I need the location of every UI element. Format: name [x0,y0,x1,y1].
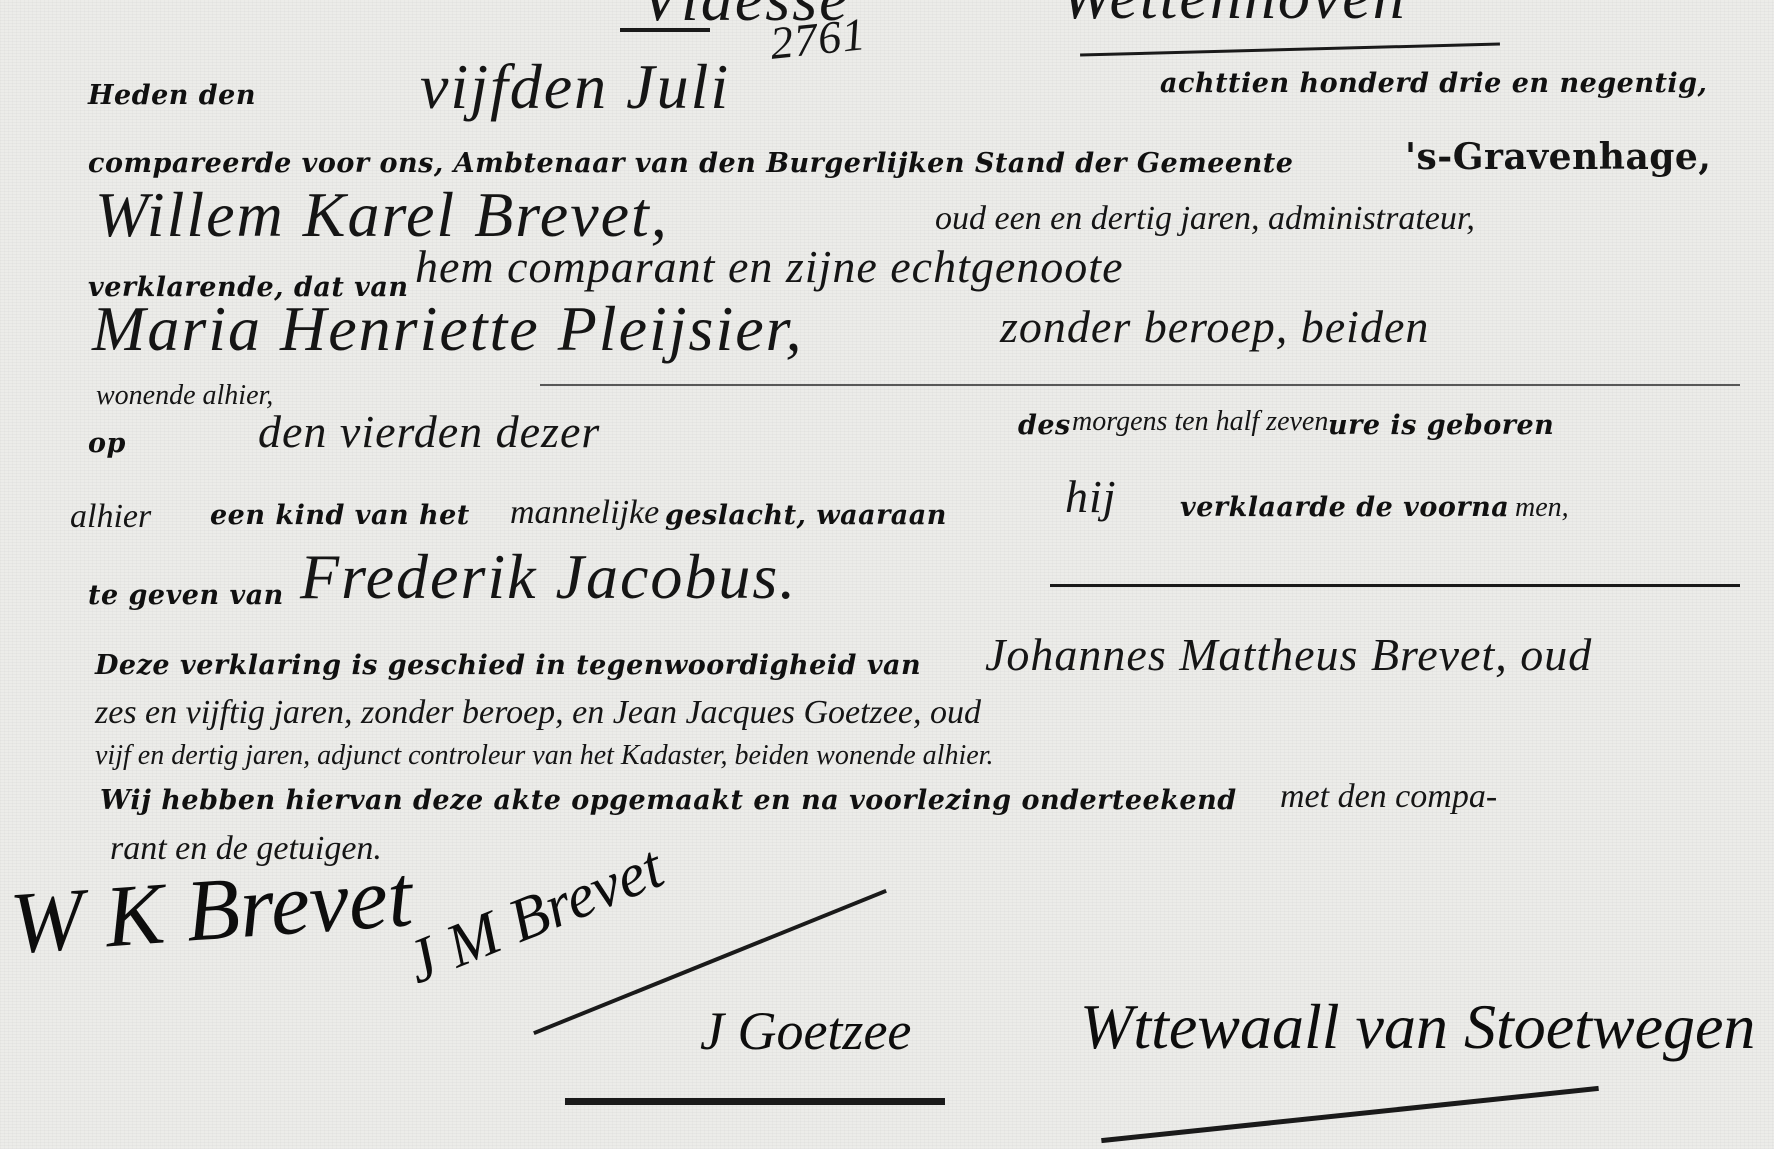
header-underline-left [620,28,710,32]
printed-heden-den: Heden den [88,80,256,111]
hand-witness-details: zes en vijftig jaren, zonder beroep, en … [95,694,981,732]
printed-wij-hebben: Wij hebben hiervan deze akte opgemaakt e… [100,785,1237,816]
printed-op: op [88,428,126,459]
hand-men: men, [1515,492,1569,524]
hand-mother-details: zonder beroep, beiden [1000,300,1429,353]
signature-witness-2: J Goetzee [700,1000,911,1062]
hand-gender: mannelijke [510,494,659,532]
printed-compareerde: compareerde voor ons, Ambtenaar van den … [88,148,1293,179]
hand-witness-1: Johannes Mattheus Brevet, oud [985,628,1592,681]
printed-een-kind: een kind van het [210,500,470,531]
printed-ure-geboren: ure is geboren [1328,410,1554,441]
printed-geslacht: geslacht, waaraan [665,500,947,531]
hand-hem-comparant: hem comparant en zijne echtgenoote [415,240,1123,293]
hand-hij: hij [1065,470,1117,523]
printed-verklaarde: verklaarde de voorna [1180,492,1509,523]
signature-registrar: Wttewaall van Stoetwegen [1080,990,1755,1064]
hand-date: vijfden Juli [420,50,730,124]
printed-des: des [1018,410,1071,441]
hand-mother-name: Maria Henriette Pleijsier, [92,292,803,366]
fill-line [540,384,1740,386]
header-fragment-right: Wettenhoven [1060,0,1407,34]
signature-underline-2 [565,1098,945,1105]
hand-witness-2-details: vijf en dertig jaren, adjunct controleur… [95,740,993,772]
hand-met-den-compa: met den compa- [1280,778,1497,816]
hand-wonende-alhier: wonende alhier, [96,380,273,412]
record-number: 2761 [767,7,868,70]
hand-declarant-details: oud een en dertig jaren, administrateur, [935,200,1475,238]
fill-line-names [1050,584,1740,587]
printed-deze-verklaring: Deze verklaring is geschied in tegenwoor… [95,650,921,681]
printed-gemeente-name: 's-Gravenhage, [1405,136,1711,178]
hand-birth-time: morgens ten half zeven [1072,406,1328,438]
printed-year: achttien honderd drie en negentig, [1160,68,1707,99]
hand-alhier: alhier [70,498,151,536]
hand-child-names: Frederik Jacobus. [300,540,797,614]
hand-birth-day: den vierden dezer [258,405,600,458]
printed-te-geven-van: te geven van [88,580,284,611]
